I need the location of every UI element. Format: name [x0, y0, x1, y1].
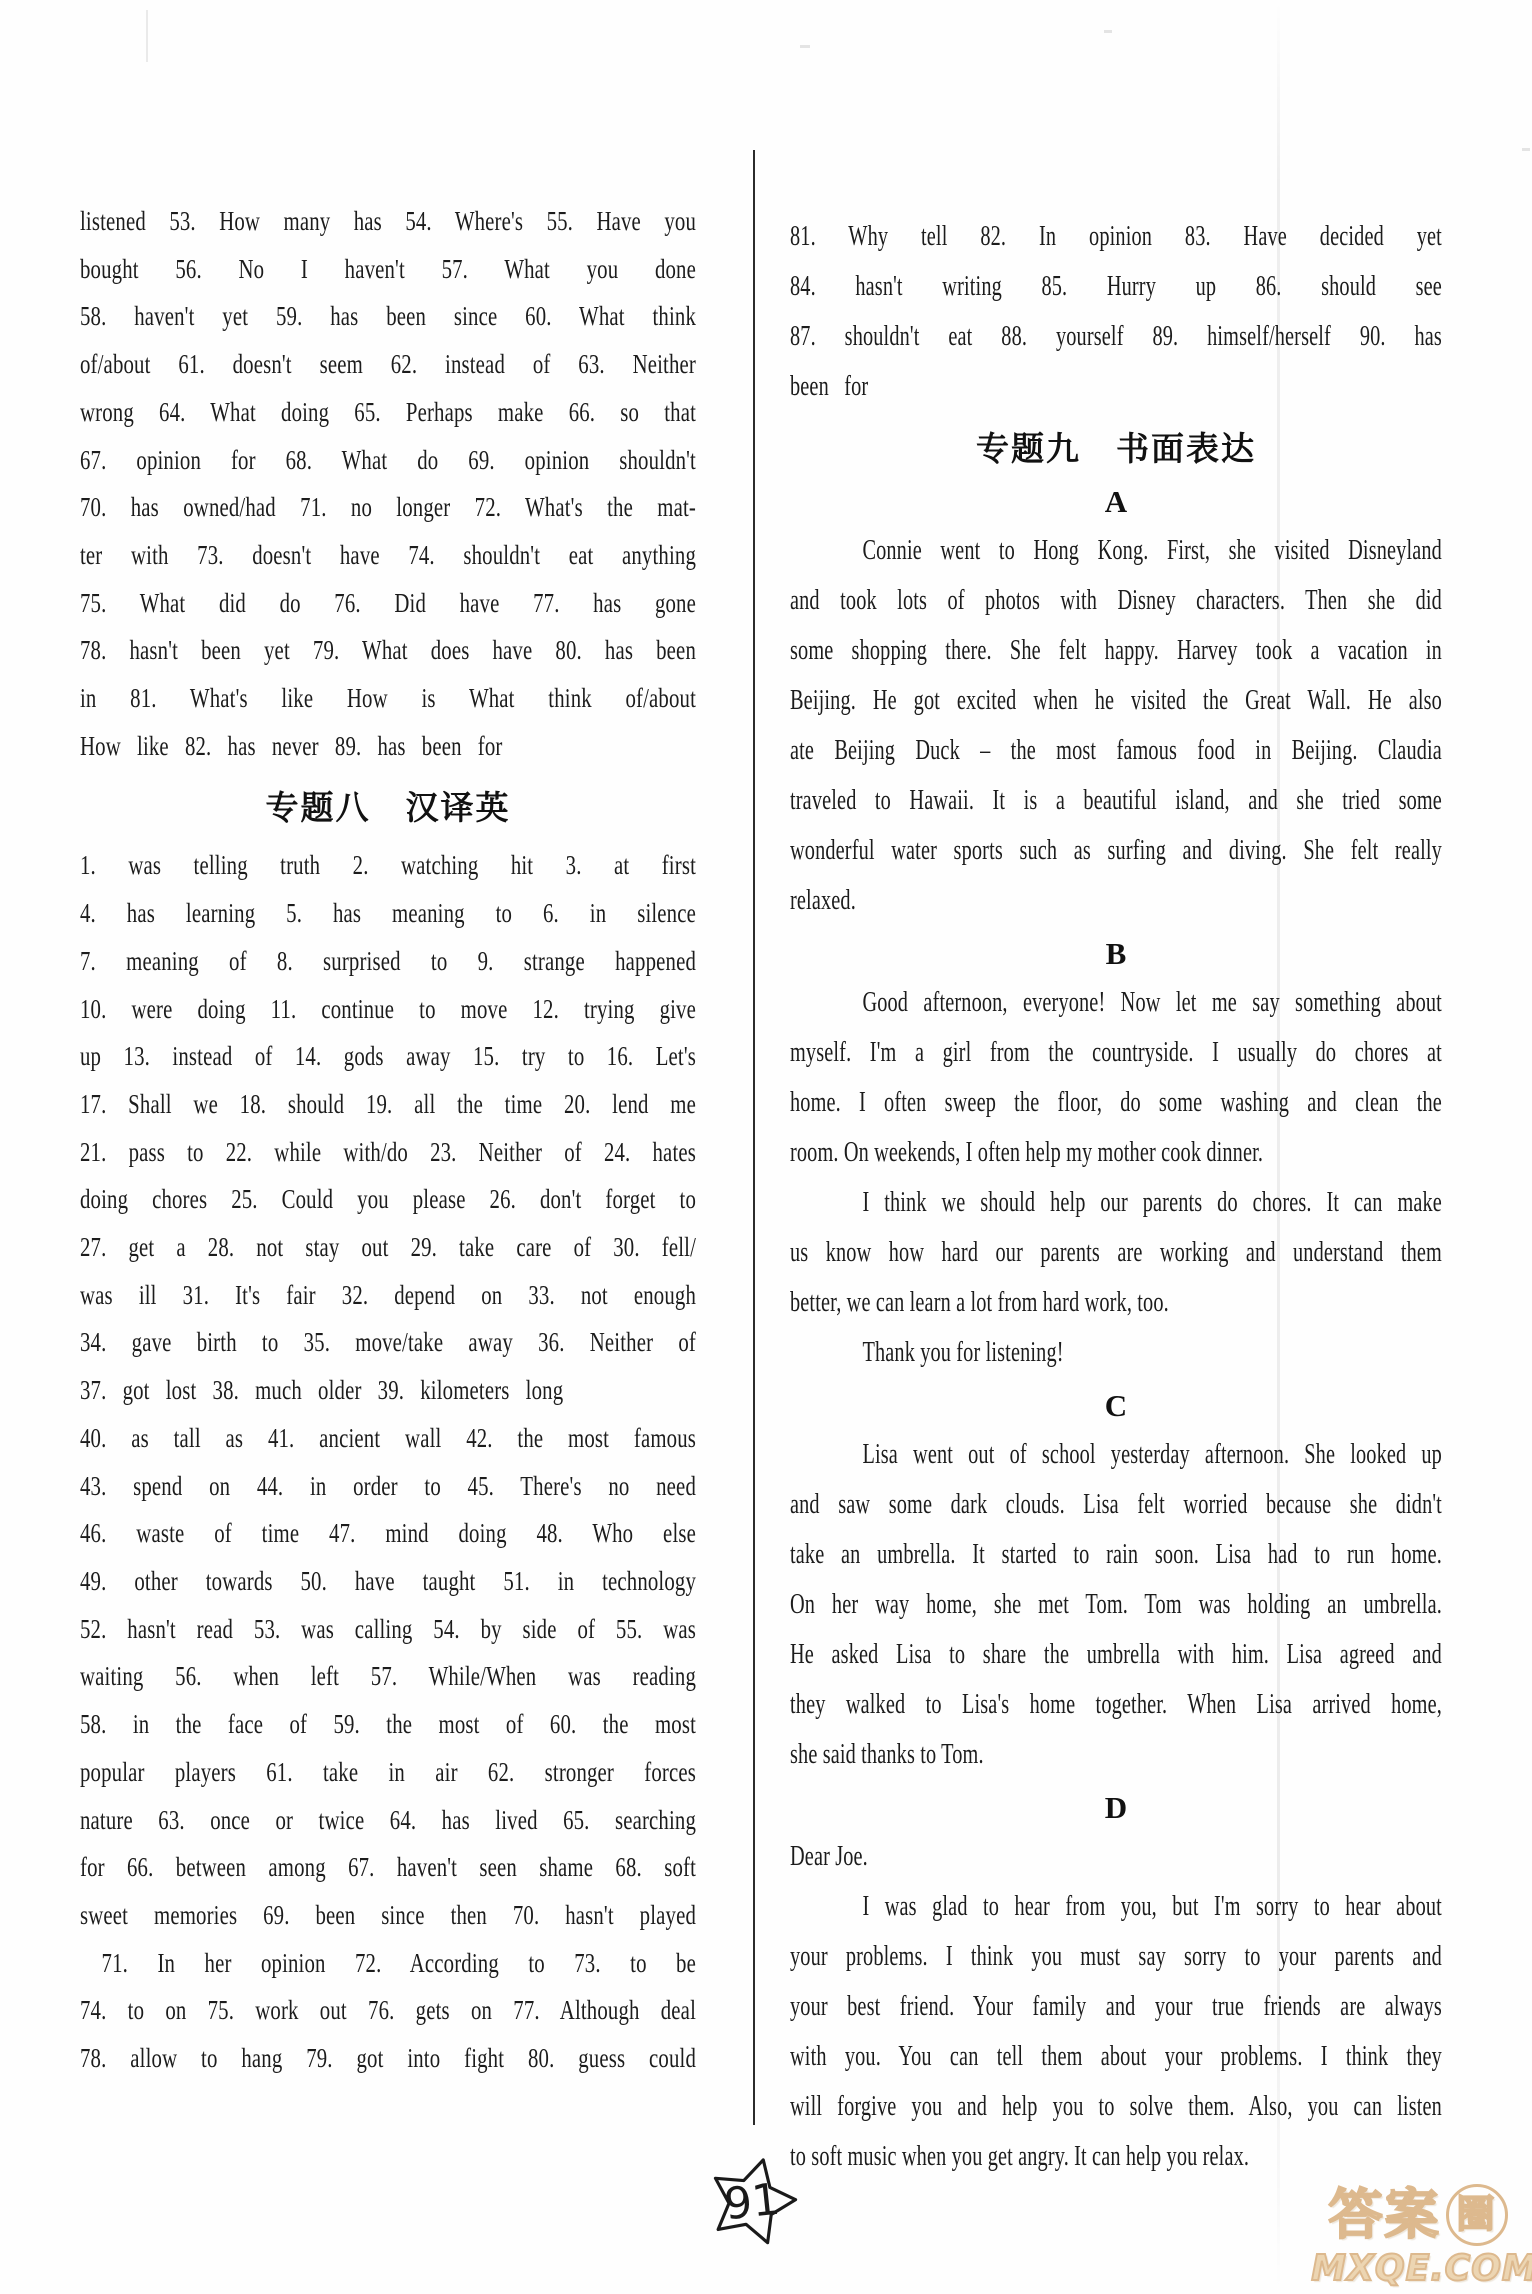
answer-line: 78. hasn't been yet 79. What does have 8…	[80, 627, 696, 675]
scan-artifact	[146, 10, 148, 62]
answer-line: 52. hasn't read 53. was calling 54. by s…	[80, 1606, 696, 1654]
essay-line: your problems. I think you must say sorr…	[790, 1932, 1442, 1982]
essay-line: will forgive you and help you to solve t…	[790, 2082, 1442, 2132]
answer-line: 7. meaning of 8. surprised to 9. strange…	[80, 938, 696, 986]
essay-d-lines: Dear Joe. I was glad to hear from you, b…	[790, 1832, 1442, 2182]
star-icon: 91	[706, 2156, 798, 2248]
essay-line: On her way home, she met Tom. Tom was ho…	[790, 1580, 1442, 1630]
section9-title: 专题九 书面表达	[790, 424, 1442, 474]
essay-line: Connie went to Hong Kong. First, she vis…	[790, 526, 1442, 576]
answer-line: 40. as tall as 41. ancient wall 42. the …	[80, 1415, 696, 1463]
essay-line: I think we should help our parents do ch…	[790, 1178, 1442, 1228]
essay-label-d: D	[790, 1784, 1442, 1832]
watermark-circle-logo: 圈	[1446, 2184, 1508, 2246]
answer-line: been for	[790, 362, 1442, 412]
answer-line: of/about 61. doesn't seem 62. instead of…	[80, 341, 696, 389]
scanned-answer-page: listened 53. How many has 54. Where's 55…	[0, 0, 1532, 2294]
essay-label-c: C	[790, 1382, 1442, 1430]
answer-line: 58. haven't yet 59. has been since 60. W…	[80, 293, 696, 341]
answer-line: 17. Shall we 18. should 19. all the time…	[80, 1081, 696, 1129]
essay-line: Dear Joe.	[790, 1832, 1442, 1882]
watermark: 答案 圈 MXQE.COM	[1308, 2184, 1528, 2288]
answer-line: 87. shouldn't eat 88. yourself 89. himse…	[790, 312, 1442, 362]
answer-line: 27. get a 28. not stay out 29. take care…	[80, 1224, 696, 1272]
essay-line: your best friend. Your family and your t…	[790, 1982, 1442, 2032]
essay-line: take an umbrella. It started to rain soo…	[790, 1530, 1442, 1580]
answer-line: 21. pass to 22. while with/do 23. Neithe…	[80, 1129, 696, 1177]
essay-line: us know how hard our parents are working…	[790, 1228, 1442, 1278]
answer-line: 34. gave birth to 35. move/take away 36.…	[80, 1319, 696, 1367]
essay-line: better, we can learn a lot from hard wor…	[790, 1278, 1442, 1328]
answer-line: waiting 56. when left 57. While/When was…	[80, 1653, 696, 1701]
essay-line: she said thanks to Tom.	[790, 1730, 1442, 1780]
answer-line: popular players 61. take in air 62. stro…	[80, 1749, 696, 1797]
answer-line: 10. were doing 11. continue to move 12. …	[80, 986, 696, 1034]
essay-line: and saw some dark clouds. Lisa felt worr…	[790, 1480, 1442, 1530]
answer-line: 84. hasn't writing 85. Hurry up 86. shou…	[790, 262, 1442, 312]
essay-line: some shopping there. She felt happy. Har…	[790, 626, 1442, 676]
page-number: 91	[722, 2175, 782, 2231]
column-divider-line	[753, 150, 755, 2125]
watermark-site: MXQE.COM	[1311, 2250, 1524, 2288]
answer-line: sweet memories 69. been since then 70. h…	[80, 1892, 696, 1940]
essay-line: I was glad to hear from you, but I'm sor…	[790, 1882, 1442, 1932]
answer-line: for 66. between among 67. haven't seen s…	[80, 1844, 696, 1892]
right-column: 81. Why tell 82. In opinion 83. Have dec…	[790, 212, 1442, 2182]
essay-line: Beijing. He got excited when he visited …	[790, 676, 1442, 726]
essay-b-lines: Good afternoon, everyone! Now let me say…	[790, 978, 1442, 1378]
essay-line: and took lots of photos with Disney char…	[790, 576, 1442, 626]
answer-line: bought 56. No I haven't 57. What you don…	[80, 246, 696, 294]
essay-line: with you. You can tell them about your p…	[790, 2032, 1442, 2082]
scan-artifact	[1104, 30, 1112, 33]
section8-title: 专题八 汉译英	[80, 784, 696, 832]
answer-line: wrong 64. What doing 65. Perhaps make 66…	[80, 389, 696, 437]
watermark-brand: 答案 圈	[1308, 2184, 1528, 2246]
answer-line: 67. opinion for 68. What do 69. opinion …	[80, 437, 696, 485]
essay-label-b: B	[790, 930, 1442, 978]
essay-label-a: A	[790, 478, 1442, 526]
essay-line: myself. I'm a girl from the countryside.…	[790, 1028, 1442, 1078]
left-column: listened 53. How many has 54. Where's 55…	[80, 198, 696, 2083]
section8-lines: 1. was telling truth 2. watching hit 3. …	[80, 842, 696, 2082]
scan-artifact	[1522, 148, 1530, 151]
answer-line: 4. has learning 5. has meaning to 6. in …	[80, 890, 696, 938]
answer-line: 81. Why tell 82. In opinion 83. Have dec…	[790, 212, 1442, 262]
answer-line: 46. waste of time 47. mind doing 48. Who…	[80, 1510, 696, 1558]
essay-line: Good afternoon, everyone! Now let me say…	[790, 978, 1442, 1028]
essay-line: home. I often sweep the floor, do some w…	[790, 1078, 1442, 1128]
answer-line: ter with 73. doesn't have 74. shouldn't …	[80, 532, 696, 580]
essay-line: ate Beijing Duck – the most famous food …	[790, 726, 1442, 776]
answer-line: listened 53. How many has 54. Where's 55…	[80, 198, 696, 246]
answer-line: 78. allow to hang 79. got into fight 80.…	[80, 2035, 696, 2083]
essay-a-lines: Connie went to Hong Kong. First, she vis…	[790, 526, 1442, 926]
watermark-brand-text: 答案	[1329, 2187, 1441, 2244]
answer-line: nature 63. once or twice 64. has lived 6…	[80, 1797, 696, 1845]
answer-line: 75. What did do 76. Did have 77. has gon…	[80, 580, 696, 628]
answer-line: 70. has owned/had 71. no longer 72. What…	[80, 484, 696, 532]
answer-line: 71. In her opinion 72. According to 73. …	[80, 1940, 696, 1988]
essay-line: they walked to Lisa's home together. Whe…	[790, 1680, 1442, 1730]
answer-line: up 13. instead of 14. gods away 15. try …	[80, 1033, 696, 1081]
left-answer-lines: listened 53. How many has 54. Where's 55…	[80, 198, 696, 770]
right-answer-lines: 81. Why tell 82. In opinion 83. Have dec…	[790, 212, 1442, 412]
answer-line: 58. in the face of 59. the most of 60. t…	[80, 1701, 696, 1749]
essay-line: wonderful water sports such as surfing a…	[790, 826, 1442, 876]
page-number-badge: 91	[706, 2156, 798, 2248]
scan-artifact	[800, 45, 810, 48]
essay-line: to soft music when you get angry. It can…	[790, 2132, 1442, 2182]
answer-line: 43. spend on 44. in order to 45. There's…	[80, 1463, 696, 1511]
essay-line: Lisa went out of school yesterday aftern…	[790, 1430, 1442, 1480]
essay-line: room. On weekends, I often help my mothe…	[790, 1128, 1442, 1178]
answer-line: 74. to on 75. work out 76. gets on 77. A…	[80, 1987, 696, 2035]
essay-line: traveled to Hawaii. It is a beautiful is…	[790, 776, 1442, 826]
answer-line: doing chores 25. Could you please 26. do…	[80, 1176, 696, 1224]
answer-line: 49. other towards 50. have taught 51. in…	[80, 1558, 696, 1606]
answer-line: was ill 31. It's fair 32. depend on 33. …	[80, 1272, 696, 1320]
answer-line: How like 82. has never 89. has been for	[80, 723, 696, 771]
essay-c-lines: Lisa went out of school yesterday aftern…	[790, 1430, 1442, 1780]
answer-line: 1. was telling truth 2. watching hit 3. …	[80, 842, 696, 890]
essay-line: relaxed.	[790, 876, 1442, 926]
answer-line: in 81. What's like How is What think of/…	[80, 675, 696, 723]
essay-line: Thank you for listening!	[790, 1328, 1442, 1378]
answer-line: 37. got lost 38. much older 39. kilomete…	[80, 1367, 696, 1415]
essay-line: He asked Lisa to share the umbrella with…	[790, 1630, 1442, 1680]
